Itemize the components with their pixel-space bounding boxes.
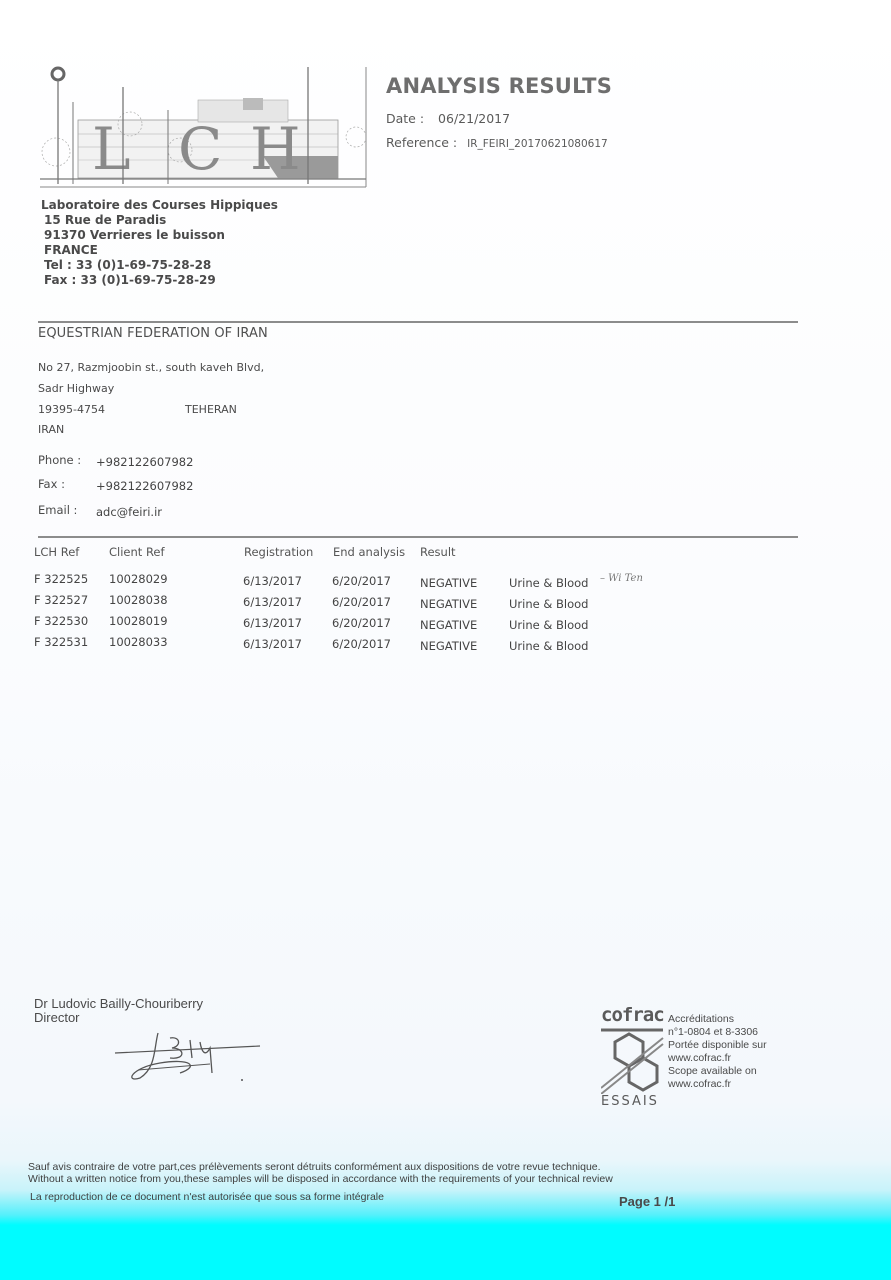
client-name: EQUESTRIAN FEDERATION OF IRAN (38, 326, 268, 341)
client-postcode: 19395-4754 (38, 403, 105, 416)
signatory: Dr Ludovic Bailly-Chouriberry Director (34, 997, 203, 1025)
accreditation-line: Accréditations (668, 1013, 767, 1026)
lab-fax: Fax : 33 (0)1-69-75-28-29 (41, 273, 278, 288)
client-address-line2: Sadr Highway (38, 382, 114, 395)
svg-text:H: H (250, 115, 301, 183)
accreditation-line: www.cofrac.fr (668, 1052, 767, 1065)
cell-lch-ref: F 322531 (34, 635, 88, 649)
reference-value: IR_FEIRI_20170621080617 (467, 138, 608, 150)
lab-country: FRANCE (41, 243, 278, 258)
reference-row: Reference : IR_FEIRI_20170621080617 (386, 135, 608, 150)
lab-name: Laboratoire des Courses Hippiques (41, 198, 278, 213)
fax-value: +982122607982 (96, 479, 193, 493)
col-end-analysis: End analysis (333, 545, 405, 559)
cell-lch-ref: F 322527 (34, 593, 88, 607)
cofrac-hexagon-logo-icon (601, 1028, 665, 1094)
client-country: IRAN (38, 423, 64, 436)
accreditation-line: www.cofrac.fr (668, 1078, 767, 1091)
page-number: Page 1 /1 (619, 1194, 675, 1209)
col-lch-ref: LCH Ref (34, 545, 79, 559)
cell-registration: 6/13/2017 (243, 574, 302, 588)
fax-label: Fax : (38, 477, 65, 491)
accreditation-line: n°1-0804 et 8-3306 (668, 1026, 767, 1039)
accreditation-line: Scope available on (668, 1065, 767, 1078)
reference-label: Reference : (386, 135, 457, 150)
lab-street: 15 Rue de Paradis (41, 213, 278, 228)
cell-sample: Urine & Blood (509, 597, 588, 611)
lab-tel: Tel : 33 (0)1-69-75-28-28 (41, 258, 278, 273)
cell-client-ref: 10028033 (109, 635, 168, 649)
cell-end-analysis: 6/20/2017 (332, 595, 391, 609)
cell-client-ref: 10028029 (109, 572, 168, 586)
cell-result: NEGATIVE (420, 597, 477, 611)
date-value: 06/21/2017 (438, 111, 510, 126)
accreditation-text: Accréditations n°1-0804 et 8-3306 Portée… (668, 1013, 767, 1091)
lab-city: 91370 Verrieres le buisson (41, 228, 278, 243)
lab-building-illustration-icon: L C H (38, 62, 368, 192)
cell-result: NEGATIVE (420, 618, 477, 632)
svg-text:L: L (92, 115, 131, 183)
cell-result: NEGATIVE (420, 639, 477, 653)
handwritten-signature-icon (110, 1028, 270, 1088)
footer-reproduction: La reproduction de ce document n'est aut… (30, 1191, 384, 1203)
document-title: ANALYSIS RESULTS (386, 74, 612, 98)
date-label: Date : (386, 111, 424, 126)
cofrac-essais-label: ESSAIS (601, 1094, 659, 1109)
footer-notice-fr: Sauf avis contraire de votre part,ces pr… (28, 1161, 601, 1173)
email-value: adc@feiri.ir (96, 505, 162, 519)
divider-table (38, 536, 798, 538)
footer-notice-en: Without a written notice from you,these … (28, 1173, 613, 1185)
cell-registration: 6/13/2017 (243, 595, 302, 609)
svg-text:C: C (178, 115, 222, 183)
laboratory-address: Laboratoire des Courses Hippiques 15 Rue… (41, 198, 278, 288)
accreditation-line: Portée disponible sur (668, 1039, 767, 1052)
cell-end-analysis: 6/20/2017 (332, 637, 391, 651)
cell-registration: 6/13/2017 (243, 616, 302, 630)
signatory-role: Director (34, 1011, 203, 1025)
cell-client-ref: 10028019 (109, 614, 168, 628)
signatory-name: Dr Ludovic Bailly-Chouriberry (34, 997, 203, 1011)
cell-result: NEGATIVE (420, 576, 477, 590)
cofrac-logo-text: cofrac (601, 1004, 664, 1026)
cell-sample: Urine & Blood (509, 618, 588, 632)
cell-end-analysis: 6/20/2017 (332, 574, 391, 588)
client-address-line1: No 27, Razmjoobin st., south kaveh Blvd, (38, 361, 264, 374)
lch-logo: L C H (38, 62, 368, 192)
phone-label: Phone : (38, 453, 81, 467)
cell-registration: 6/13/2017 (243, 637, 302, 651)
col-client-ref: Client Ref (109, 545, 165, 559)
client-city: TEHERAN (185, 403, 237, 416)
cell-sample: Urine & Blood (509, 639, 588, 653)
cell-client-ref: 10028038 (109, 593, 168, 607)
cell-lch-ref: F 322530 (34, 614, 88, 628)
cell-end-analysis: 6/20/2017 (332, 616, 391, 630)
col-registration: Registration (244, 545, 313, 559)
cell-lch-ref: F 322525 (34, 572, 88, 586)
cell-sample: Urine & Blood (509, 576, 588, 590)
phone-value: +982122607982 (96, 455, 193, 469)
email-label: Email : (38, 503, 77, 517)
divider-top (38, 321, 798, 323)
date-row: Date : 06/21/2017 (386, 111, 510, 126)
handwritten-note: – Wi Ten (600, 573, 643, 584)
col-result: Result (420, 545, 456, 559)
